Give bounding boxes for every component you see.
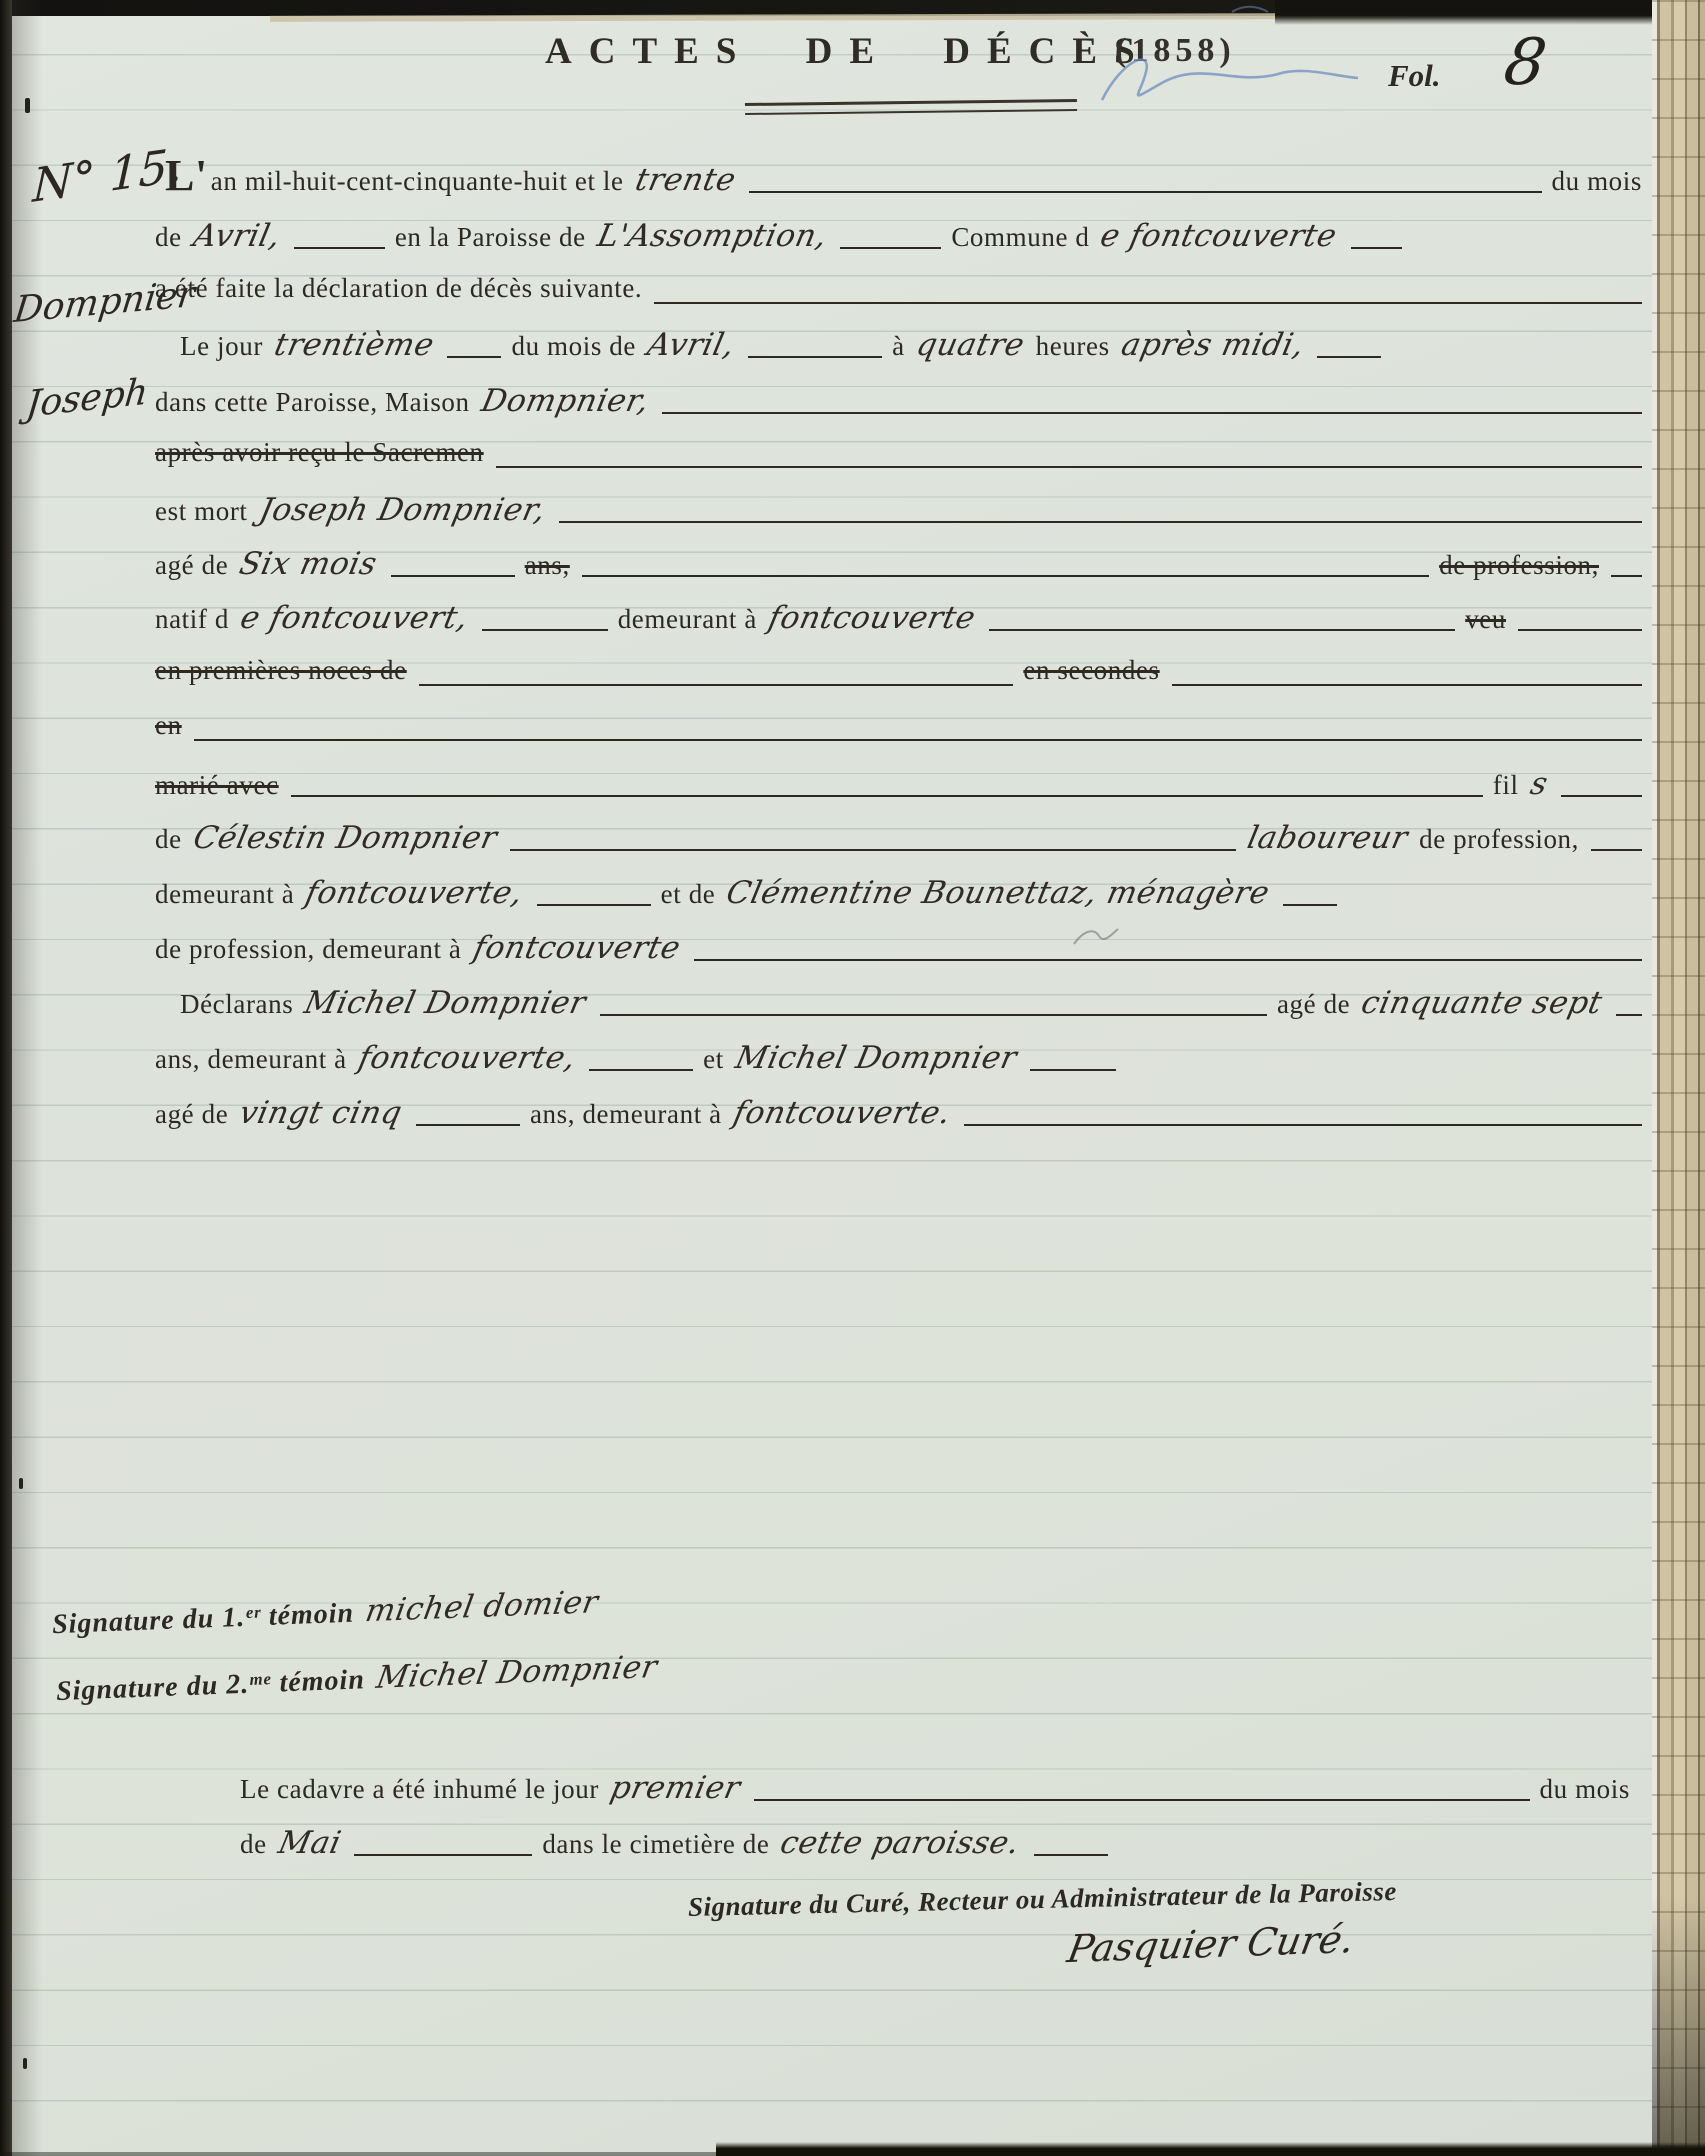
line-sacrements: après avoir reçu le Sacremen [155, 437, 1652, 483]
fill-rule [962, 1095, 1644, 1141]
printed-label: fil [1493, 770, 1519, 801]
fill-rule [1609, 546, 1644, 592]
printed-label: en premières noces de [155, 655, 407, 686]
printed-label: à [892, 331, 905, 362]
printed-label: Déclarans [180, 989, 293, 1020]
handwritten-entry: Avril, [190, 218, 284, 254]
fill-rule [587, 1040, 695, 1086]
printed-label: ans, demeurant à [530, 1099, 722, 1130]
line-declarant-1: DéclaransMichel Dompnieragé decinquante … [180, 985, 1652, 1031]
printed-label: ans, demeurant à [155, 1044, 347, 1075]
handwritten-entry: trentième [271, 327, 437, 363]
printed-label: de [155, 222, 182, 253]
handwritten-entry: fontcouverte. [730, 1095, 954, 1131]
fill-rule [389, 546, 517, 592]
line-burial-month-cemetery: deMaidans le cimetière decette paroisse. [240, 1825, 1640, 1871]
printed-label: du mois de [511, 331, 636, 362]
handwritten-entry: Mai [275, 1825, 344, 1861]
fill-rule [445, 327, 503, 373]
fill-rule [289, 766, 1485, 812]
printed-label: de profession, [1419, 824, 1579, 855]
line-declarant-1-residence: ans, demeurant àfontcouverte,etMichel Do… [155, 1040, 1652, 1086]
line-father: deCélestin Dompnierlaboureurde professio… [155, 820, 1652, 866]
printed-label: Signature du 1.ᵉʳ témoin [52, 1598, 355, 1642]
handwritten-entry: e fontcouverte [1098, 218, 1341, 254]
handwritten-entry: quatre [913, 327, 1028, 363]
printed-label: en [155, 710, 182, 741]
printed-label: an mil-huit-cent-cinquante-huit et le [211, 166, 624, 197]
fill-rule [1349, 218, 1404, 264]
handwritten-entry: L'Assomption, [594, 218, 830, 254]
printed-label: après avoir reçu le Sacremen [155, 437, 484, 468]
printed-label: du mois [1540, 1774, 1630, 1805]
fill-rule [1315, 327, 1383, 373]
fill-rule [557, 492, 1644, 538]
line-declarant-2: agé devingt cinqans, demeurant àfontcouv… [155, 1095, 1652, 1141]
fill-rule [580, 546, 1431, 592]
fill-rule [652, 273, 1644, 319]
line-day-hour: Le jourtrentièmedu mois deAvril,àquatreh… [180, 327, 1652, 373]
fill-rule [987, 600, 1457, 646]
line-declaration: a été faite la déclaration de décès suiv… [155, 273, 1652, 319]
printed-label: demeurant à [155, 879, 294, 910]
line-father-residence-mother: demeurant àfontcouverte,et deClémentine … [155, 875, 1652, 921]
printed-label: en secondes [1023, 655, 1159, 686]
handwritten-entry: cinquante sept [1358, 985, 1605, 1021]
fill-rule [1614, 985, 1644, 1031]
printed-label: heures [1036, 331, 1110, 362]
fill-rule [417, 655, 1016, 701]
line-first-marriage: en premières noces deen secondes [155, 655, 1652, 701]
printed-label: Signature du 2.ᵐᵉ témoin [56, 1664, 366, 1708]
page-stack-edge [1652, 0, 1705, 2156]
fill-rule [1028, 1040, 1118, 1086]
fill-rule [1589, 820, 1644, 866]
handwritten-entry: Clémentine Bounettaz, ménagère [724, 875, 1274, 911]
handwritten-entry: fontcouverte [765, 600, 979, 636]
handwritten-entry: s [1527, 766, 1551, 802]
line-month-parish: deAvril,en la Paroisse deL'Assomption,Co… [155, 218, 1652, 264]
fill-rule [598, 985, 1269, 1031]
fill-rule [352, 1825, 534, 1871]
line-year-opening: L'an mil-huit-cent-cinquante-huit et let… [165, 162, 1652, 208]
handwritten-entry: trente [632, 162, 739, 198]
printed-label: ans, [525, 550, 570, 581]
register-page-scan: ACTES DE DÉCÈS (1858) Fol. 8 N° 15. Domp… [0, 0, 1705, 2156]
handwritten-entry: fontcouverte [470, 930, 684, 966]
printed-label: agé de [1277, 989, 1350, 1020]
printed-label: dans le cimetière de [542, 1829, 769, 1860]
printed-label: veu [1465, 604, 1506, 635]
fill-rule [1170, 655, 1644, 701]
fill-rule [692, 930, 1644, 976]
printed-label: marié avec [155, 770, 279, 801]
handwritten-entry: Joseph Dompnier, [256, 492, 549, 528]
line-burial-day: Le cadavre a été inhumé le jourpremierdu… [240, 1770, 1640, 1816]
fill-rule [752, 1770, 1532, 1816]
printed-label: a été faite la déclaration de décès suiv… [155, 273, 642, 304]
fill-rule [480, 600, 610, 646]
handwritten-entry: michel domier [363, 1584, 601, 1629]
fill-rule [508, 820, 1237, 866]
printed-label: natif d [155, 604, 229, 635]
handwritten-entry: Avril, [644, 327, 738, 363]
page-bottom-shadow [716, 2142, 1705, 2156]
binding-stitch [25, 98, 30, 113]
printed-label: Commune d [951, 222, 1089, 253]
line-age: agé deSix moisans,de profession, [155, 546, 1652, 592]
handwritten-entry: laboureur [1244, 820, 1411, 856]
line-birthplace-residence: natif de fontcouvert,demeurant àfontcouv… [155, 600, 1652, 646]
printed-label: et de [661, 879, 716, 910]
fill-rule [535, 875, 653, 921]
blue-pencil-mark [1082, 0, 1382, 120]
handwritten-entry: fontcouverte, [302, 875, 526, 911]
printed-label: de profession, demeurant à [155, 934, 462, 965]
line-mother-residence: de profession, demeurant àfontcouverte [155, 930, 1652, 976]
printed-label: demeurant à [618, 604, 757, 635]
handwritten-entry: vingt cinq [236, 1095, 405, 1131]
printed-label: agé de [155, 1099, 228, 1130]
line-spouse: marié avecfils [155, 766, 1652, 812]
handwritten-entry: e fontcouvert, [237, 600, 471, 636]
binding-stitch [19, 1478, 23, 1489]
fill-rule [192, 710, 1644, 756]
handwritten-entry: fontcouverte, [355, 1040, 579, 1076]
fill-rule [1281, 875, 1339, 921]
handwritten-entry: Dompnier, [478, 383, 652, 419]
binding-edge [0, 0, 12, 2156]
printed-label: de [155, 824, 182, 855]
line-deceased-name: est mortJoseph Dompnier, [155, 492, 1652, 538]
line-house: dans cette Paroisse, MaisonDompnier, [155, 383, 1652, 429]
handwritten-entry: après midi, [1118, 327, 1307, 363]
line-en: en [155, 710, 1652, 756]
fill-rule [414, 1095, 522, 1141]
printed-label: dans cette Paroisse, Maison [155, 387, 470, 418]
handwritten-entry: cette paroisse. [778, 1825, 1024, 1861]
printed-label: Le cadavre a été inhumé le jour [240, 1774, 599, 1805]
binding-stitch [23, 2058, 27, 2069]
printed-label: de profession, [1439, 550, 1599, 581]
handwritten-entry: Michel Dompnier [732, 1040, 1020, 1076]
fill-rule [1559, 766, 1644, 812]
printed-label: Le jour [180, 331, 263, 362]
fill-rule [494, 437, 1644, 483]
handwritten-entry: Michel Dompnier [302, 985, 590, 1021]
handwritten-entry: Célestin Dompnier [190, 820, 500, 856]
printed-label: du mois [1552, 166, 1642, 197]
printed-label: est mort [155, 496, 248, 527]
fill-rule [746, 327, 884, 373]
fill-rule [1032, 1825, 1110, 1871]
printed-label: de [240, 1829, 267, 1860]
handwritten-entry: premier [607, 1770, 744, 1806]
fill-rule [660, 383, 1644, 429]
page-title: ACTES DE DÉCÈS [545, 30, 1152, 73]
printed-label: en la Paroisse de [395, 222, 586, 253]
fill-rule [1516, 600, 1644, 646]
folio-label: Fol. [1388, 58, 1441, 94]
handwritten-entry: Six mois [236, 546, 380, 582]
printed-label: agé de [155, 550, 228, 581]
fill-rule [292, 218, 387, 264]
fill-rule [747, 162, 1544, 208]
printed-label: et [703, 1044, 724, 1075]
fill-rule [838, 218, 943, 264]
